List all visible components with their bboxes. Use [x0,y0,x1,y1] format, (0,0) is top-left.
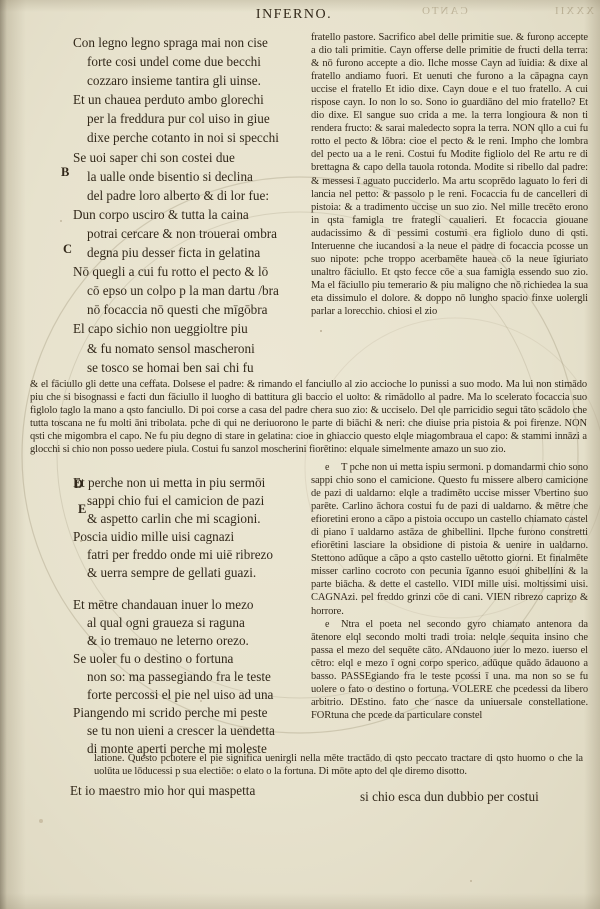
poem-line: Con legno legno spraga mai non cise [73,33,319,52]
poem-line: la ualle onde bisentio si declina [73,167,319,186]
poem-line: degna piu desser ficta in gelatina [73,243,319,262]
poem-line: potrai cercare & non trouerai ombra [73,224,319,243]
poem-line: Et perche non ui metta in piu sermōi [73,474,319,492]
margin-letter-b: B [61,165,69,180]
poem-line: Se uoi saper chi son costei due [73,148,319,167]
poem-line: per la freddura pur col uiso in giue [73,109,319,128]
poem-line: Piangendo mi scrido perche mi peste [73,704,319,722]
commentary-text: T pche non ui metta ispiu sermoni. p dom… [311,462,588,617]
verse-column-section-1: Con legno legno spraga mai non ciseforte… [73,33,319,377]
poem-line: Et un chauea perduto ambo glorechi [73,90,319,109]
poem-line: cō epso un colpo p la man dartu /bra [73,281,319,300]
commentary-paragraph: eT pche non ui metta ispiu sermoni. p do… [311,461,588,618]
book-page: INFERNO. CANTO XXXII B C D E Con legno l… [0,0,600,909]
poem-line: fatri per freddo onde mi uiē ribrezo [73,546,319,564]
poem-line: se tosco se homai ben sai chi fu [73,358,319,377]
poem-line: Dun corpo usciro & tutta la caina [73,205,319,224]
showthrough-canto-label: CANTO [420,5,468,17]
commentary-text: Ntra el poeta nel secondo gyro chiamato … [311,619,588,721]
commentary-full-width-2: latione. Questo pcuotere el pie signific… [94,752,583,782]
poem-line: se tu non uieni a crescer la uendetta [73,722,319,740]
poem-line: al qual ogni graueza si raguna [73,614,319,632]
verse-final-line-right: si chio esca dun dubbio per costui [360,789,539,805]
guide-letter: e [325,618,329,631]
running-title: INFERNO. [0,7,588,23]
commentary-right-column-1: fratello pastore. Sacrifico abel delle p… [311,31,588,377]
poem-line: sappi chio fui el camicion de pazi [73,492,319,510]
poem-line: non so: ma passegiando fra le teste [73,668,319,686]
poem-line: Se uoler fu o destino o fortuna [73,650,319,668]
commentary-paragraph: eNtra el poeta nel secondo gyro chiamato… [311,618,588,722]
poem-line: del padre loro alberto & di lor fue: [73,186,319,205]
showthrough-canto-number: XXXII [553,5,594,17]
commentary-right-column-2: eT pche non ui metta ispiu sermoni. p do… [311,461,588,750]
verse-final-line-left: Et io maestro mio hor qui maspetta [70,783,255,799]
guide-letter: e [325,461,329,474]
poem-line: El capo sichio non ueggioltre piu [73,319,319,338]
poem-line: & fu nomato sensol mascheroni [73,339,319,358]
poem-line: Et mētre chandauan inuer lo mezo [73,596,319,614]
margin-letter-c: C [63,242,72,257]
poem-line: cozzaro insieme tantira gli uinse. [73,71,319,90]
poem-line: & aspetto carlin che mi scagioni. [73,510,319,528]
poem-line: & uerra sempre de gellati guazi. [73,564,319,582]
poem-line: Nō quegli a cui fu rotto el pecto & lō [73,262,319,281]
commentary-full-width-1: & el fāciullo gli dette una ceffata. Dol… [30,378,587,471]
poem-line: nō focaccia nō questi che mīgōbra [73,300,319,319]
poem-line: & io tremauo ne leterno orezo. [73,632,319,650]
poem-line: Poscia uidio mille uisi cagnazi [73,528,319,546]
poem-line: forte cosi undel come due becchi [73,52,319,71]
poem-line: forte percossi el pie nel uiso ad una [73,686,319,704]
poem-line: dixe perche cotanto in noi si specchi [73,128,319,147]
verse-column-section-2: Et perche non ui metta in piu sermōisapp… [73,474,319,758]
